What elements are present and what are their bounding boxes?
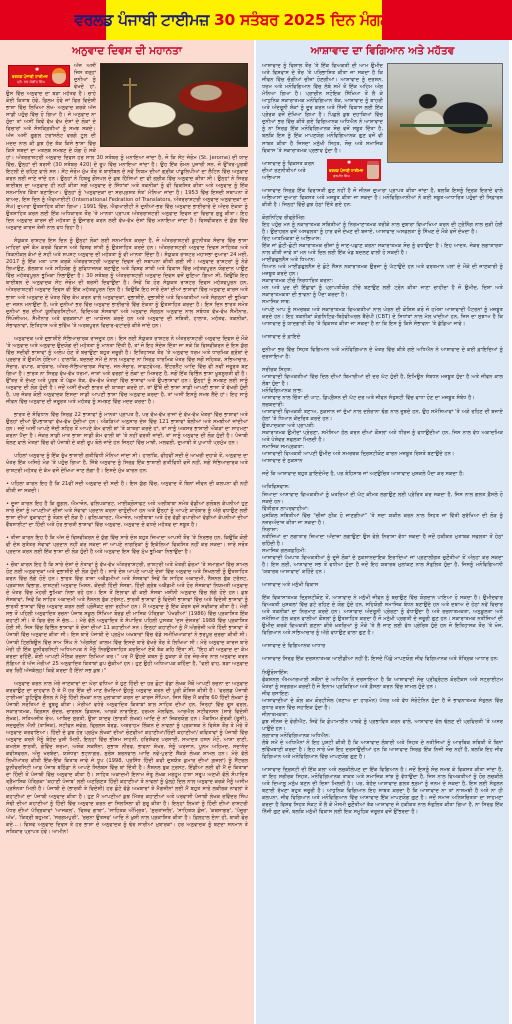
section-body: ਆਸ਼ਾਵਾਦ ਸਿਰਫ਼ ਇੱਕ ਵਿਰਾਸਤੀ ਗੁਣ ਨਹੀਂ ਹੈ ਜੋ… xyxy=(262,188,503,209)
section-heading: ਆਸ਼ਾਵਾਦ ਨੂੰ ਵਿਕਸਤ ਕਰਨ ਦੀਆਂ ਰਣਨੀਤੀਆਂ ਅਤੇ … xyxy=(262,161,503,182)
badge-brand: ਵਰਲਡ ਪੰਜਾਬੀ ਟਾਈਮਜ਼ xyxy=(12,74,48,79)
bullet-paragraph: • ਪਹਿਲਾ ਕਾਰਨ ਇਹ ਹੈ ਕਿ 21ਵੀਂ ਸਦੀ ਅਨੁਵਾਦ ਦ… xyxy=(6,481,248,495)
author-badge: ✱ ਵਰਲਡ ਪੰਜਾਬੀ ਟਾਈਮਜ਼ ਪ੍ਰੋ. ਨਵ ਸੰਗੀਤ ਸਿੰਘ xyxy=(8,65,70,87)
bullet-paragraph: • ਚੌਥਾ ਕਾਰਨ ਇਹ ਹੈ ਕਿ ਸਾਰੇ ਦੇਸ਼ਾਂ ਦੇ ਨੇਤਾ… xyxy=(6,562,248,675)
section-heading: ਜੀਨਾਤਮਕਤਾ: xyxy=(262,712,503,719)
section-heading: ਮਨੋਵਿਗਿਆਨਕ ਲਾਭ: xyxy=(262,388,503,395)
section-heading: ਆਸ਼ਾਵਾਦ ਦੇ ਵਿਗਿਆਨਕ ਆਧਾਰ xyxy=(262,643,503,650)
section-heading: ਆਸ਼ਾਵਾਦ ਅਤੇ ਮਨੁੱਖੀ ਵਿਕਾਸ xyxy=(262,582,503,589)
section-heading: ਲਚਕਦਾਰੀ: xyxy=(262,402,503,409)
section-heading: ਕੋਗਨਿਟਿਵ ਰੀਫ੍ਰੇਮਿੰਗ: xyxy=(262,215,503,222)
section-body: ਨਤੀਜਿਆਂ ਦਾ ਲਗਾਤਾਰ ਜ਼ਿਆਦਾ ਅੰਦਾਜ਼ਾ ਲਗਾਉਣਾ … xyxy=(262,534,503,548)
badge-brand: ਵਰਲਡ ਪੰਜਾਬੀ ਟਾਈਮਜ਼ xyxy=(329,168,363,173)
badge-author: ਪ੍ਰੋ. ਨਵ ਸੰਗੀਤ ਸਿੰਘ xyxy=(17,80,45,84)
issue-date: 30 ਸਤੰਬਰ 2025 ਦਿਨ ਮੰਗਲਵਾਰ xyxy=(214,11,414,30)
section-heading: ਜੀਵ ਰਸਾਇਣ: xyxy=(262,691,503,698)
section-body: ਕੁਝ ਜੀਨਜ਼ ਦੇ ਵੇਰੀਐਂਟ, ਜਿਵੇਂ ਕਿ ਡੋਪਾਮਾਈਨ … xyxy=(262,719,503,733)
section-body: ਆਸ਼ਾਵਾਦੀ ਪੱਖਪਾਤ ਵਿਅਕਤੀਆਂ ਨੂੰ ਦੂਜੇ ਲੋਕਾਂ … xyxy=(262,555,503,576)
author-photo xyxy=(367,161,379,179)
section-heading: ਨਿਊਰੋਸਾਇੰਸ: xyxy=(262,670,503,677)
section-body: ਆਸ਼ਾਵਾਦ ਨਾਲ ਚਿੰਤਾ ਦੀ ਘਾਟ, ਡਿਪ੍ਰੈਸ਼ਨ ਦੀ ਘ… xyxy=(262,395,503,402)
section-body: ਆਸ਼ਾਵਾਦੀ ਵਿਅਕਤੀ ਤਣਾਅ, ਨੁਕਸਾਨ ਜਾਂ ਦੁੱਖਾਂ … xyxy=(262,409,503,423)
author-photo xyxy=(52,68,66,84)
section-body: ਆਸ਼ਾਵਾਦੀਆਂ ਦੇ ਕੋਲ ਕਮ ਕੋਰਟੀਸੋਲ (ਤਣਾਅ ਦਾ ਹ… xyxy=(262,698,503,712)
section-heading: ਨਿਰਾਸ਼ਾ: xyxy=(262,527,503,534)
section-body: ਧਿਆਨ ਅਤੇ ਮਾਈਂਡਫੁਲਨੈਸ ਦੇ ਛੋਟੇ ਸੈਸ਼ਨ ਨਕਾਰਾ… xyxy=(262,264,503,278)
section-body: ਲੰਬੇ ਸਮੇਂ ਦੇ ਅਧਿਐਨਾਂ ਨੇ ਇਹ ਪੁਸ਼ਟੀ ਕੀਤੀ ਹ… xyxy=(262,740,503,761)
section-body: ਇਹ ਪਹੁੰਚ ਮਨ ਨੂੰ ਨਕਾਰਾਤਮਕ ਸਥਿਤੀਆਂ ਨੂੰ ਨਿਰ… xyxy=(262,222,503,236)
section-body: ਦੁਨੀਆ ਭਰ ਵਿੱਚ ਸਿਹਤ ਵਿਗਿਆਨ ਅਤੇ ਮਨੋਵਿਗਿਆਨ … xyxy=(262,347,503,361)
section-heading: ਸਮਾਜਿਕ ਗਲਤਫ਼ਹਿਮੀ: xyxy=(262,548,503,555)
author-badge: ✱ ਵਰਲਡ ਪੰਜਾਬੀ ਟਾਈਮਜ਼ ਗੁਰਮੀਤ ਸਿੰਘ xyxy=(327,159,381,181)
article-paragraph: ਪਹਿਲਾਂ ਅਨੁਵਾਦ ਨੂੰ ਇੱਕ ਰੁੱਖ ਭਾਸ਼ਾਈ ਗਤੀਵਿਧ… xyxy=(6,453,248,474)
article-paragraph: ਭਾਰਤ ਦੇ ਸੰਵਿਧਾਨ ਵਿੱਚ ਸਿਰਫ਼ 22 ਭਾਸ਼ਾਵਾਂ ਨ… xyxy=(6,412,248,447)
section-body: ਮੁਸ਼ਕਿਲ ਸਥਿਤੀਆਂ ਵਿੱਚ "ਚੀਜ਼ਾਂ ਠੀਕ ਹੋ ਜਾਣਗ… xyxy=(262,513,503,527)
bullet-paragraph: • ਦੂਜਾ ਕਾਰਨ ਇਹ ਹੈ ਕਿ ਗੂਗਲ, ਐਮਾਜ਼ੋਨ, ਫਲਿਪ… xyxy=(6,501,248,529)
section-body: ਜ਼ਿਆਦਾ ਆਸ਼ਾਵਾਦ ਵਿਅਕਤੀਆਂ ਨੂੰ ਖ਼ਤਰਿਆਂ ਦੀ ਘ… xyxy=(262,492,503,506)
section-body: ਆਸ਼ਾਵਾਦੀ ਵਿਅਕਤੀਆਂ ਵਿੱਚ ਦਿਲ ਦੀਆਂ ਬਿਮਾਰੀਆਂ… xyxy=(262,374,503,388)
left-article-title: ਅਨੁਵਾਦ ਦਿਵਸ ਦੀ ਮਹਾਨਤਾ xyxy=(6,44,248,58)
section-heading: ਆਸ਼ਾਵਾਦ ਦੇ ਨੁਕਸਾਨ xyxy=(262,458,503,465)
article-paragraph: ਅਨੁਵਾਦ ਕਰਨ ਨਾਲ ਮੇਰੇ ਜਾਣਕਾਰਾਂ ਦਾ ਘੇਰਾ ਵਧਿ… xyxy=(6,681,248,836)
section-body: ਸਕਾਰਾਤਮਕ ਉਮੀਦਾਂ ਪ੍ਰੇਰਣਾ, ਸਮੱਸਿਆ ਹੱਲ ਕਰਨ … xyxy=(262,430,503,444)
right-article: ਆਸ਼ਾਵਾਦ ਦਾ ਵਿਗਿਆਨ ਅਤੇ ਮਹੱਤਵ ਆਸ਼ਾਵਾਦ ਨੂੰ … xyxy=(256,40,509,1024)
section-body: ਆਪਣੇ ਆਪ ਨੂੰ ਸਮਰਥਕ ਅਤੇ ਸਕਾਰਾਤਮਕ ਵਿਅਕਤੀਆਂ … xyxy=(262,307,503,328)
saint-jerome-painting-image xyxy=(100,63,248,147)
section-body: ਇੱਕ ਜਾਂ ਛੋਟੀ-ਛੋਟੀ ਸਕਾਰਾਤਮਕ ਚੀਜ਼ਾਂ ਨੂੰ ਜਾ… xyxy=(262,243,503,257)
section-heading: ਵਿੱਤੀਗਤ ਲਾਪਰਵਾਹੀਆਂ: xyxy=(262,506,503,513)
section-heading: ਸਮਾਜਿਕ ਸਾਥ: xyxy=(262,299,503,306)
left-article: ਅਨੁਵਾਦ ਦਿਵਸ ਦੀ ਮਹਾਨਤਾ ✱ ਵਰਲਡ ਪੰਜਾਬੀ ਟਾਈਮ… xyxy=(0,40,254,1024)
section-heading: ਸਰੀਰਕ ਸਿਹਤ: xyxy=(262,367,503,374)
badge-author: ਗੁਰਮੀਤ ਸਿੰਘ xyxy=(333,174,350,178)
masthead-title-box: ਵਰਲਡ ਪੰਜਾਬੀ ਟਾਈਮਜ਼ 30 ਸਤੰਬਰ 2025 ਦਿਨ ਮੰਗ… xyxy=(106,0,382,40)
section-body: ਮਨ ਅਤੇ ਖੁਦ ਦੀ ਇੱਛਾਵਾਂ ਨੂੰ ਪ੍ਰਾਪਤੀਯੋਗ ਟੀਚ… xyxy=(262,285,503,299)
section-heading: ਅਤਿਵਿਸ਼ਵਾਸ: xyxy=(262,484,503,491)
section-body: ਫੰਕਸ਼ਨਲ ਐਮਆਰਆਈ ਸਕੈਨਾਂ ਦੇ ਅਧਿਐਨ ਨੇ ਦਰਸਾਇਆ… xyxy=(262,677,503,691)
section-heading: ਆਸ਼ਾਵਾਦ ਦੇ ਫ਼ਾਇਦੇ xyxy=(262,334,503,341)
emblem-icon: ✱ xyxy=(35,67,39,73)
section-body: ਆਸ਼ਾਵਾਦ ਸਿਰਫ਼ ਇੱਕ ਦਰਸ਼ਨਾਤਮਕ ਆਈਡੀਆ ਨਹੀਂ ਹ… xyxy=(262,656,503,663)
right-article-title: ਆਸ਼ਾਵਾਦ ਦਾ ਵਿਗਿਆਨ ਅਤੇ ਮਹੱਤਵ xyxy=(262,44,503,58)
section-body: ਇੱਕ ਵਿਕਾਸਾਤਮਕ ਦ੍ਰਿਸ਼ਟੀਕੋਣ ਤੋਂ, ਆਸ਼ਾਵਾਦ ਨ… xyxy=(262,595,503,637)
crucifix-icon xyxy=(129,78,131,108)
masthead: ਵਰਲਡ ਪੰਜਾਬੀ ਟਾਈਮਜ਼ 30 ਸਤੰਬਰ 2025 ਦਿਨ ਮੰਗ… xyxy=(0,0,512,40)
conclusion-paragraph: ਆਸ਼ਾਵਾਦ ਦ੍ਰਿਸ਼ਟੀ ਦੀ ਇੱਕ ਕਲਾ ਅਤੇ ਲਚਕੀਲੇਪਣ… xyxy=(262,767,503,816)
section-body: ਜਦੋਂ ਕਿ ਆਸ਼ਾਵਾਦ ਬਹੁਤ ਫ਼ਾਇਦੇਮੰਦ ਹੈ, ਪਰ ਬੇ… xyxy=(262,471,503,478)
men-on-bench-painting-image xyxy=(387,63,503,163)
emblem-icon: ✱ xyxy=(347,160,351,166)
bullet-paragraph: • ਤੀਜਾ ਕਾਰਨ ਇਹ ਹੈ ਕਿ ਅੱਜ ਦੇ ਵਿਸ਼ਵੀਕਰਨ ਦੇ… xyxy=(6,535,248,556)
section-heading: ਲਗਾਤਾਰ ਮਨੋਵਿਗਿਆਨਕ ਅਧਿਐਨ: xyxy=(262,733,503,740)
article-paragraph: ਅਨੁਵਾਦਕ ਅਤੇ ਦੁਭਾਸ਼ੀਏ ਸੱਭਿਆਚਾਰਕ ਰਾਜਦੂਤ ਹਨ… xyxy=(6,336,248,406)
newspaper-title: ਵਰਲਡ ਪੰਜਾਬੀ ਟਾਈਮਜ਼ xyxy=(74,11,209,30)
bench-shape xyxy=(400,124,492,127)
article-paragraph: ਸੰਯੁਕਤ ਰਾਸ਼ਟਰ ਇਸ ਦਿਨ ਨੂੰ ਉਨ੍ਹਾਂ ਲੋਕਾਂ ਲਈ… xyxy=(6,238,248,330)
